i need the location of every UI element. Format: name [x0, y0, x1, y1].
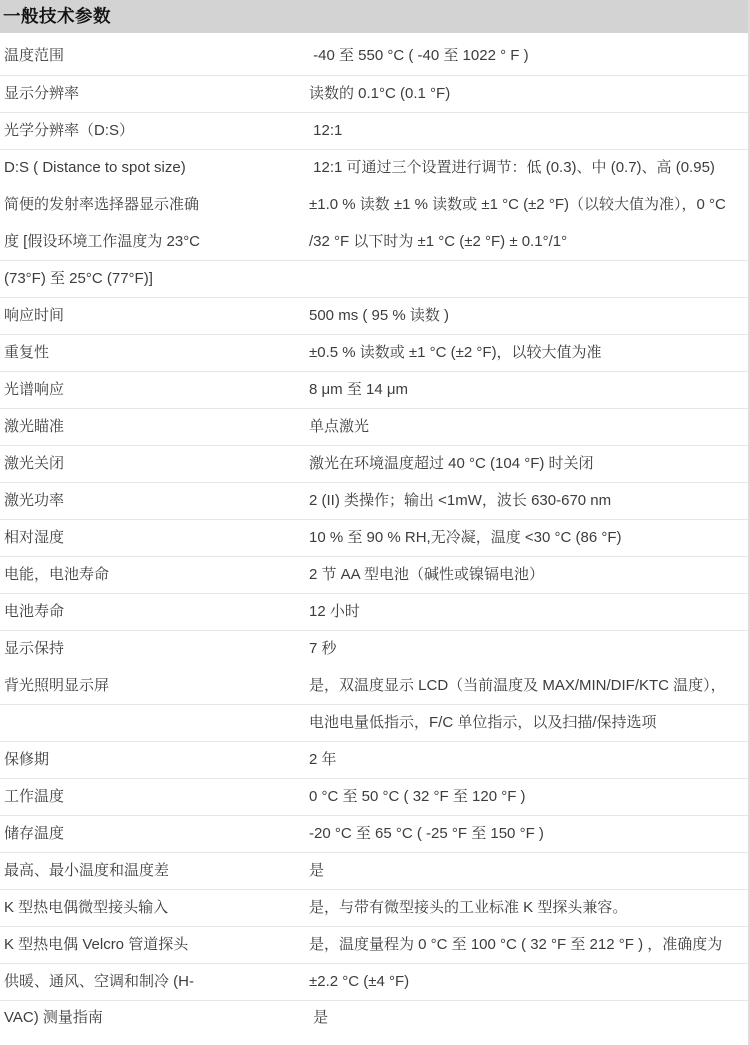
table-row: 保修期2 年 [0, 742, 748, 779]
spec-value: 电池电量低指示，F/C 单位指示，以及扫描/保持选项 [309, 714, 748, 733]
table-row: K 型热电偶 Velcro 管道探头是，温度量程为 0 °C 至 100 °C … [0, 927, 748, 964]
spec-label: 保修期 [0, 751, 309, 770]
table-row: VAC) 测量指南 是 [0, 1001, 748, 1045]
spec-label: 温度范围 [0, 47, 309, 66]
table-row: 光学分辨率（D:S） 12:1 [0, 113, 748, 150]
spec-value: ±2.2 °C (±4 °F) [309, 973, 748, 992]
table-row: 背光照明显示屏是，双温度显示 LCD（当前温度及 MAX/MIN/DIF/KTC… [0, 668, 748, 705]
spec-label: 简便的发射率选择器显示准确 [0, 196, 309, 215]
table-row: 工作温度0 °C 至 50 °C ( 32 °F 至 120 °F ) [0, 779, 748, 816]
spec-page: 一般技术参数 温度范围 -40 至 550 °C ( -40 至 1022 ° … [0, 0, 750, 1045]
section-title: 一般技术参数 [3, 8, 111, 26]
table-row: 响应时间500 ms ( 95 % 读数 ) [0, 298, 748, 335]
spec-value: 激光在环境温度超过 40 °C (104 °F) 时关闭 [309, 455, 748, 474]
spec-label: 供暖、通风、空调和制冷 (H- [0, 973, 309, 992]
spec-label: 相对湿度 [0, 529, 309, 548]
spec-value: 0 °C 至 50 °C ( 32 °F 至 120 °F ) [309, 788, 748, 807]
table-row: 激光关闭激光在环境温度超过 40 °C (104 °F) 时关闭 [0, 446, 748, 483]
table-row: 最高、最小温度和温度差是 [0, 853, 748, 890]
table-row: 重复性±0.5 % 读数或 ±1 °C (±2 °F)，以较大值为准 [0, 335, 748, 372]
spec-label: 工作温度 [0, 788, 309, 807]
spec-value: 是，温度量程为 0 °C 至 100 °C ( 32 °F 至 212 °F )… [309, 936, 748, 955]
spec-value: /32 °F 以下时为 ±1 °C (±2 °F) ± 0.1°/1° [309, 233, 748, 252]
spec-label: 激光功率 [0, 492, 309, 511]
table-row: 显示分辨率读数的 0.1°C (0.1 °F) [0, 76, 748, 113]
table-row: 温度范围 -40 至 550 °C ( -40 至 1022 ° F ) [0, 33, 748, 76]
table-row: 度 [假设环境工作温度为 23°C/32 °F 以下时为 ±1 °C (±2 °… [0, 224, 748, 261]
spec-value: 2 年 [309, 751, 748, 770]
table-row: 电池电量低指示，F/C 单位指示，以及扫描/保持选项 [0, 705, 748, 742]
spec-value: 12:1 可通过三个设置进行调节：低 (0.3)、中 (0.7)、高 (0.95… [309, 159, 748, 178]
spec-value: 12 小时 [309, 603, 748, 622]
spec-label: 电能，电池寿命 [0, 566, 309, 585]
spec-label: 储存温度 [0, 825, 309, 844]
spec-label: 激光关闭 [0, 455, 309, 474]
spec-label: K 型热电偶微型接头输入 [0, 899, 309, 918]
table-row: 显示保持7 秒 [0, 631, 748, 668]
spec-table: 温度范围 -40 至 550 °C ( -40 至 1022 ° F )显示分辨… [0, 33, 748, 1045]
table-row: 激光功率2 (II) 类操作；输出 <1mW，波长 630-670 nm [0, 483, 748, 520]
table-row: 激光瞄准单点激光 [0, 409, 748, 446]
table-row: 光谱响应8 μm 至 14 μm [0, 372, 748, 409]
table-row: 相对湿度10 % 至 90 % RH,无冷凝，温度 <30 °C (86 °F) [0, 520, 748, 557]
spec-value: 2 (II) 类操作；输出 <1mW，波长 630-670 nm [309, 492, 748, 511]
spec-label: 光学分辨率（D:S） [0, 122, 309, 141]
spec-value: 8 μm 至 14 μm [309, 381, 748, 400]
table-row: 供暖、通风、空调和制冷 (H-±2.2 °C (±4 °F) [0, 964, 748, 1001]
spec-label: 重复性 [0, 344, 309, 363]
spec-value: 2 节 AA 型电池（碱性或镍镉电池） [309, 566, 748, 585]
spec-value: ±1.0 % 读数 ±1 % 读数或 ±1 °C (±2 °F)（以较大值为准）… [309, 196, 748, 215]
spec-value: 是，与带有微型接头的工业标准 K 型探头兼容。 [309, 899, 748, 918]
spec-value: 500 ms ( 95 % 读数 ) [309, 307, 748, 326]
spec-value: 10 % 至 90 % RH,无冷凝，温度 <30 °C (86 °F) [309, 529, 748, 548]
spec-label: 光谱响应 [0, 381, 309, 400]
spec-value: 7 秒 [309, 640, 748, 659]
spec-value: 是 [309, 1009, 748, 1028]
spec-value: 12:1 [309, 122, 748, 141]
spec-label: 显示分辨率 [0, 85, 309, 104]
spec-label: 显示保持 [0, 640, 309, 659]
spec-value: -40 至 550 °C ( -40 至 1022 ° F ) [309, 47, 748, 66]
spec-value: 是，双温度显示 LCD（当前温度及 MAX/MIN/DIF/KTC 温度）， [309, 677, 748, 696]
spec-label: (73°F) 至 25°C (77°F)] [0, 270, 309, 289]
table-row: 电能，电池寿命2 节 AA 型电池（碱性或镍镉电池） [0, 557, 748, 594]
spec-label: 激光瞄准 [0, 418, 309, 437]
spec-value: -20 °C 至 65 °C ( -25 °F 至 150 °F ) [309, 825, 748, 844]
table-row: (73°F) 至 25°C (77°F)] [0, 261, 748, 298]
spec-label: 度 [假设环境工作温度为 23°C [0, 233, 309, 252]
spec-label: D:S ( Distance to spot size) [0, 159, 309, 178]
spec-value: 是 [309, 862, 748, 881]
table-row: 储存温度-20 °C 至 65 °C ( -25 °F 至 150 °F ) [0, 816, 748, 853]
spec-label: 最高、最小温度和温度差 [0, 862, 309, 881]
spec-value: 单点激光 [309, 418, 748, 437]
spec-label: 响应时间 [0, 307, 309, 326]
spec-label: VAC) 测量指南 [0, 1009, 309, 1028]
table-row: 电池寿命12 小时 [0, 594, 748, 631]
spec-value: 读数的 0.1°C (0.1 °F) [309, 85, 748, 104]
section-header: 一般技术参数 [0, 0, 748, 33]
spec-value: ±0.5 % 读数或 ±1 °C (±2 °F)，以较大值为准 [309, 344, 748, 363]
spec-label: K 型热电偶 Velcro 管道探头 [0, 936, 309, 955]
table-row: D:S ( Distance to spot size) 12:1 可通过三个设… [0, 150, 748, 187]
table-row: K 型热电偶微型接头输入是，与带有微型接头的工业标准 K 型探头兼容。 [0, 890, 748, 927]
spec-label: 背光照明显示屏 [0, 677, 309, 696]
table-row: 简便的发射率选择器显示准确±1.0 % 读数 ±1 % 读数或 ±1 °C (±… [0, 187, 748, 224]
spec-label: 电池寿命 [0, 603, 309, 622]
